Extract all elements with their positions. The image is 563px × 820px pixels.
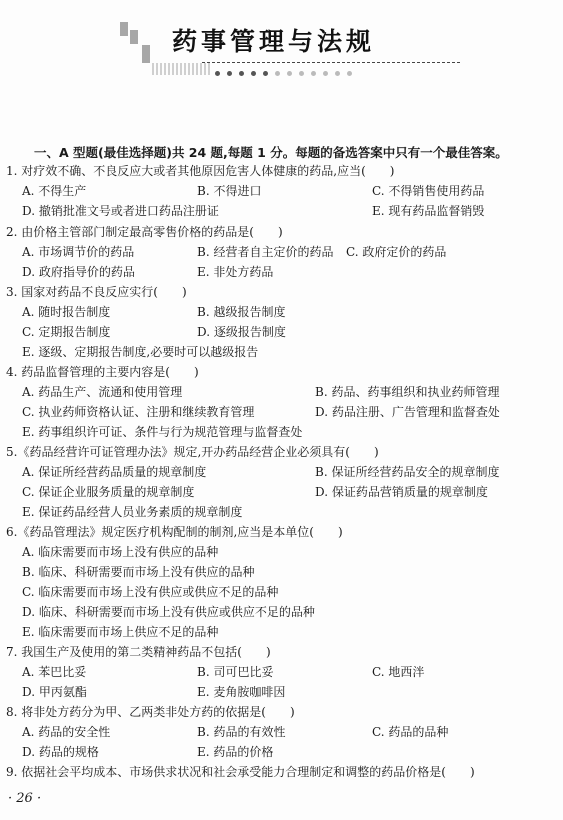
- page-title: 药事管理与法规: [172, 22, 375, 58]
- option-d: D. 甲丙氨酯: [22, 684, 87, 700]
- question-stem: 9. 依据社会平均成本、市场供求状况和社会承受能力合理制定和调整的药品价格是( …: [6, 764, 475, 780]
- option-c: C. 临床需要而市场上没有供应或供应不足的品种: [22, 584, 278, 600]
- option-b: B. 药品、药事组织和执业药师管理: [315, 384, 499, 400]
- option-c: C. 地西泮: [372, 664, 424, 680]
- section-heading: 一、A 型题(最佳选择题)共 24 题,每题 1 分。每题的备选答案中只有一个最…: [34, 145, 508, 161]
- option-c: C. 定期报告制度: [22, 324, 110, 340]
- option-d: D. 临床、科研需要而市场上没有供应或供应不足的品种: [22, 604, 315, 620]
- option-a: A. 临床需要而市场上没有供应的品种: [22, 544, 218, 560]
- option-e: E. 临床需要而市场上供应不足的品种: [22, 624, 218, 640]
- option-e: E. 药事组织许可证、条件与行为规范管理与监督查处: [22, 424, 302, 440]
- option-a: A. 不得生产: [22, 183, 86, 199]
- question-stem: 4. 药品监督管理的主要内容是( ): [6, 364, 199, 380]
- decorative-pattern: [152, 63, 212, 75]
- option-e: E. 非处方药品: [197, 264, 273, 280]
- option-b: B. 经营者自主定价的药品: [197, 244, 333, 260]
- option-c: C. 不得销售使用药品: [372, 183, 484, 199]
- option-b: B. 越级报告制度: [197, 304, 285, 320]
- page-number: · 26 ·: [8, 791, 41, 806]
- option-b: B. 保证所经营药品安全的规章制度: [315, 464, 499, 480]
- option-c: C. 保证企业服务质量的规章制度: [22, 484, 194, 500]
- question-stem: 7. 我国生产及使用的第二类精神药品不包括( ): [6, 644, 271, 660]
- decorative-square-icon: [130, 30, 138, 44]
- decorative-square-icon: [120, 22, 128, 36]
- question-stem: 3. 国家对药品不良反应实行( ): [6, 284, 187, 300]
- header-rule: [202, 62, 460, 63]
- page-header: 药事管理与法规: [0, 0, 563, 90]
- option-a: A. 苯巴比妥: [22, 664, 86, 680]
- option-d: D. 撤销批准文号或者进口药品注册证: [22, 203, 219, 219]
- question-stem: 2. 由价格主管部门制定最高零售价格的药品是( ): [6, 224, 283, 240]
- option-a: A. 药品生产、流通和使用管理: [22, 384, 182, 400]
- option-c: C. 执业药师资格认证、注册和继续教育管理: [22, 404, 254, 420]
- option-d: D. 逐级报告制度: [197, 324, 286, 340]
- question-stem: 8. 将非处方药分为甲、乙两类非处方药的依据是( ): [6, 704, 295, 720]
- question-stem: 5.《药品经营许可证管理办法》规定,开办药品经营企业必须具有( ): [6, 444, 379, 460]
- option-d: D. 药品注册、广告管理和监督查处: [315, 404, 500, 420]
- option-b: B. 司可巴比妥: [197, 664, 273, 680]
- option-c: C. 药品的品种: [372, 724, 448, 740]
- option-b: B. 不得进口: [197, 183, 261, 199]
- option-e: E. 逐级、定期报告制度,必要时可以越级报告: [22, 344, 258, 360]
- option-a: A. 药品的安全性: [22, 724, 110, 740]
- option-b: B. 药品的有效性: [197, 724, 285, 740]
- question-stem: 6.《药品管理法》规定医疗机构配制的制剂,应当是本单位( ): [6, 524, 343, 540]
- decorative-square-icon: [142, 45, 150, 63]
- question-stem: 1. 对疗效不确、不良反应大或者其他原因危害人体健康的药品,应当( ): [6, 163, 394, 179]
- option-a: A. 随时报告制度: [22, 304, 110, 320]
- option-e: E. 现有药品监督销毁: [372, 203, 484, 219]
- option-e: E. 麦角胺咖啡因: [197, 684, 285, 700]
- option-d: D. 药品的规格: [22, 744, 99, 760]
- option-d: D. 政府指导价的药品: [22, 264, 135, 280]
- option-a: A. 保证所经营药品质量的规章制度: [22, 464, 206, 480]
- option-a: A. 市场调节价的药品: [22, 244, 134, 260]
- option-c: C. 政府定价的药品: [346, 244, 446, 260]
- option-d: D. 保证药品营销质量的规章制度: [315, 484, 488, 500]
- decorative-dots: [215, 71, 352, 76]
- option-b: B. 临床、科研需要而市场上没有供应的品种: [22, 564, 254, 580]
- option-e: E. 药品的价格: [197, 744, 273, 760]
- option-e: E. 保证药品经营人员业务素质的规章制度: [22, 504, 242, 520]
